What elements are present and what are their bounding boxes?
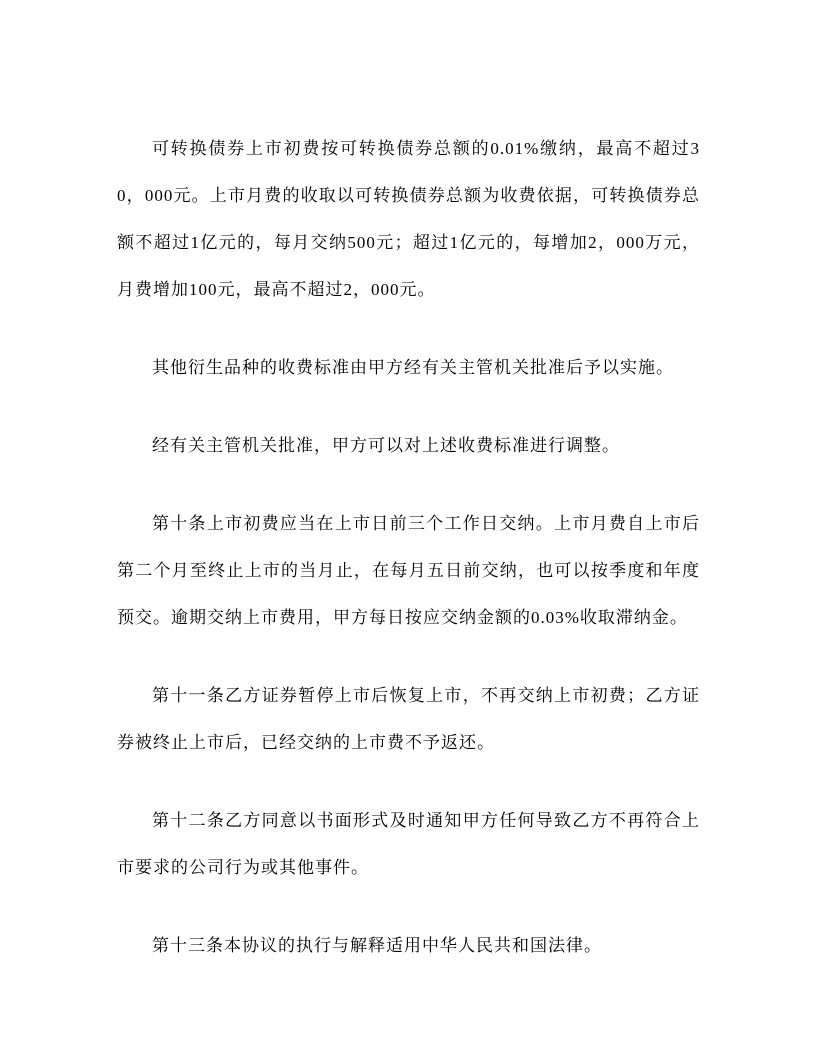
doc-paragraph-article-12: 第十二条乙方同意以书面形式及时通知甲方任何导致乙方不再符合上市要求的公司行为或其…	[117, 797, 700, 891]
doc-paragraph-derivative-fee-standard: 其他衍生品种的收费标准由甲方经有关主管机关批准后予以实施。	[117, 344, 700, 391]
document-page: 可转换债券上市初费按可转换债券总额的0.01%缴纳，最高不超过30，000元。上…	[0, 0, 816, 1056]
doc-paragraph-fee-adjustment: 经有关主管机关批准，甲方可以对上述收费标准进行调整。	[117, 422, 700, 469]
doc-paragraph-article-13: 第十三条本协议的执行与解释适用中华人民共和国法律。	[117, 922, 700, 969]
doc-paragraph-article-11: 第十一条乙方证券暂停上市后恢复上市，不再交纳上市初费；乙方证券被终止上市后，已经…	[117, 672, 700, 766]
doc-paragraph-listing-initial-fee: 可转换债券上市初费按可转换债券总额的0.01%缴纳，最高不超过30，000元。上…	[117, 125, 700, 313]
doc-paragraph-article-10: 第十条上市初费应当在上市日前三个工作日交纳。上市月费自上市后第二个月至终止上市的…	[117, 500, 700, 641]
